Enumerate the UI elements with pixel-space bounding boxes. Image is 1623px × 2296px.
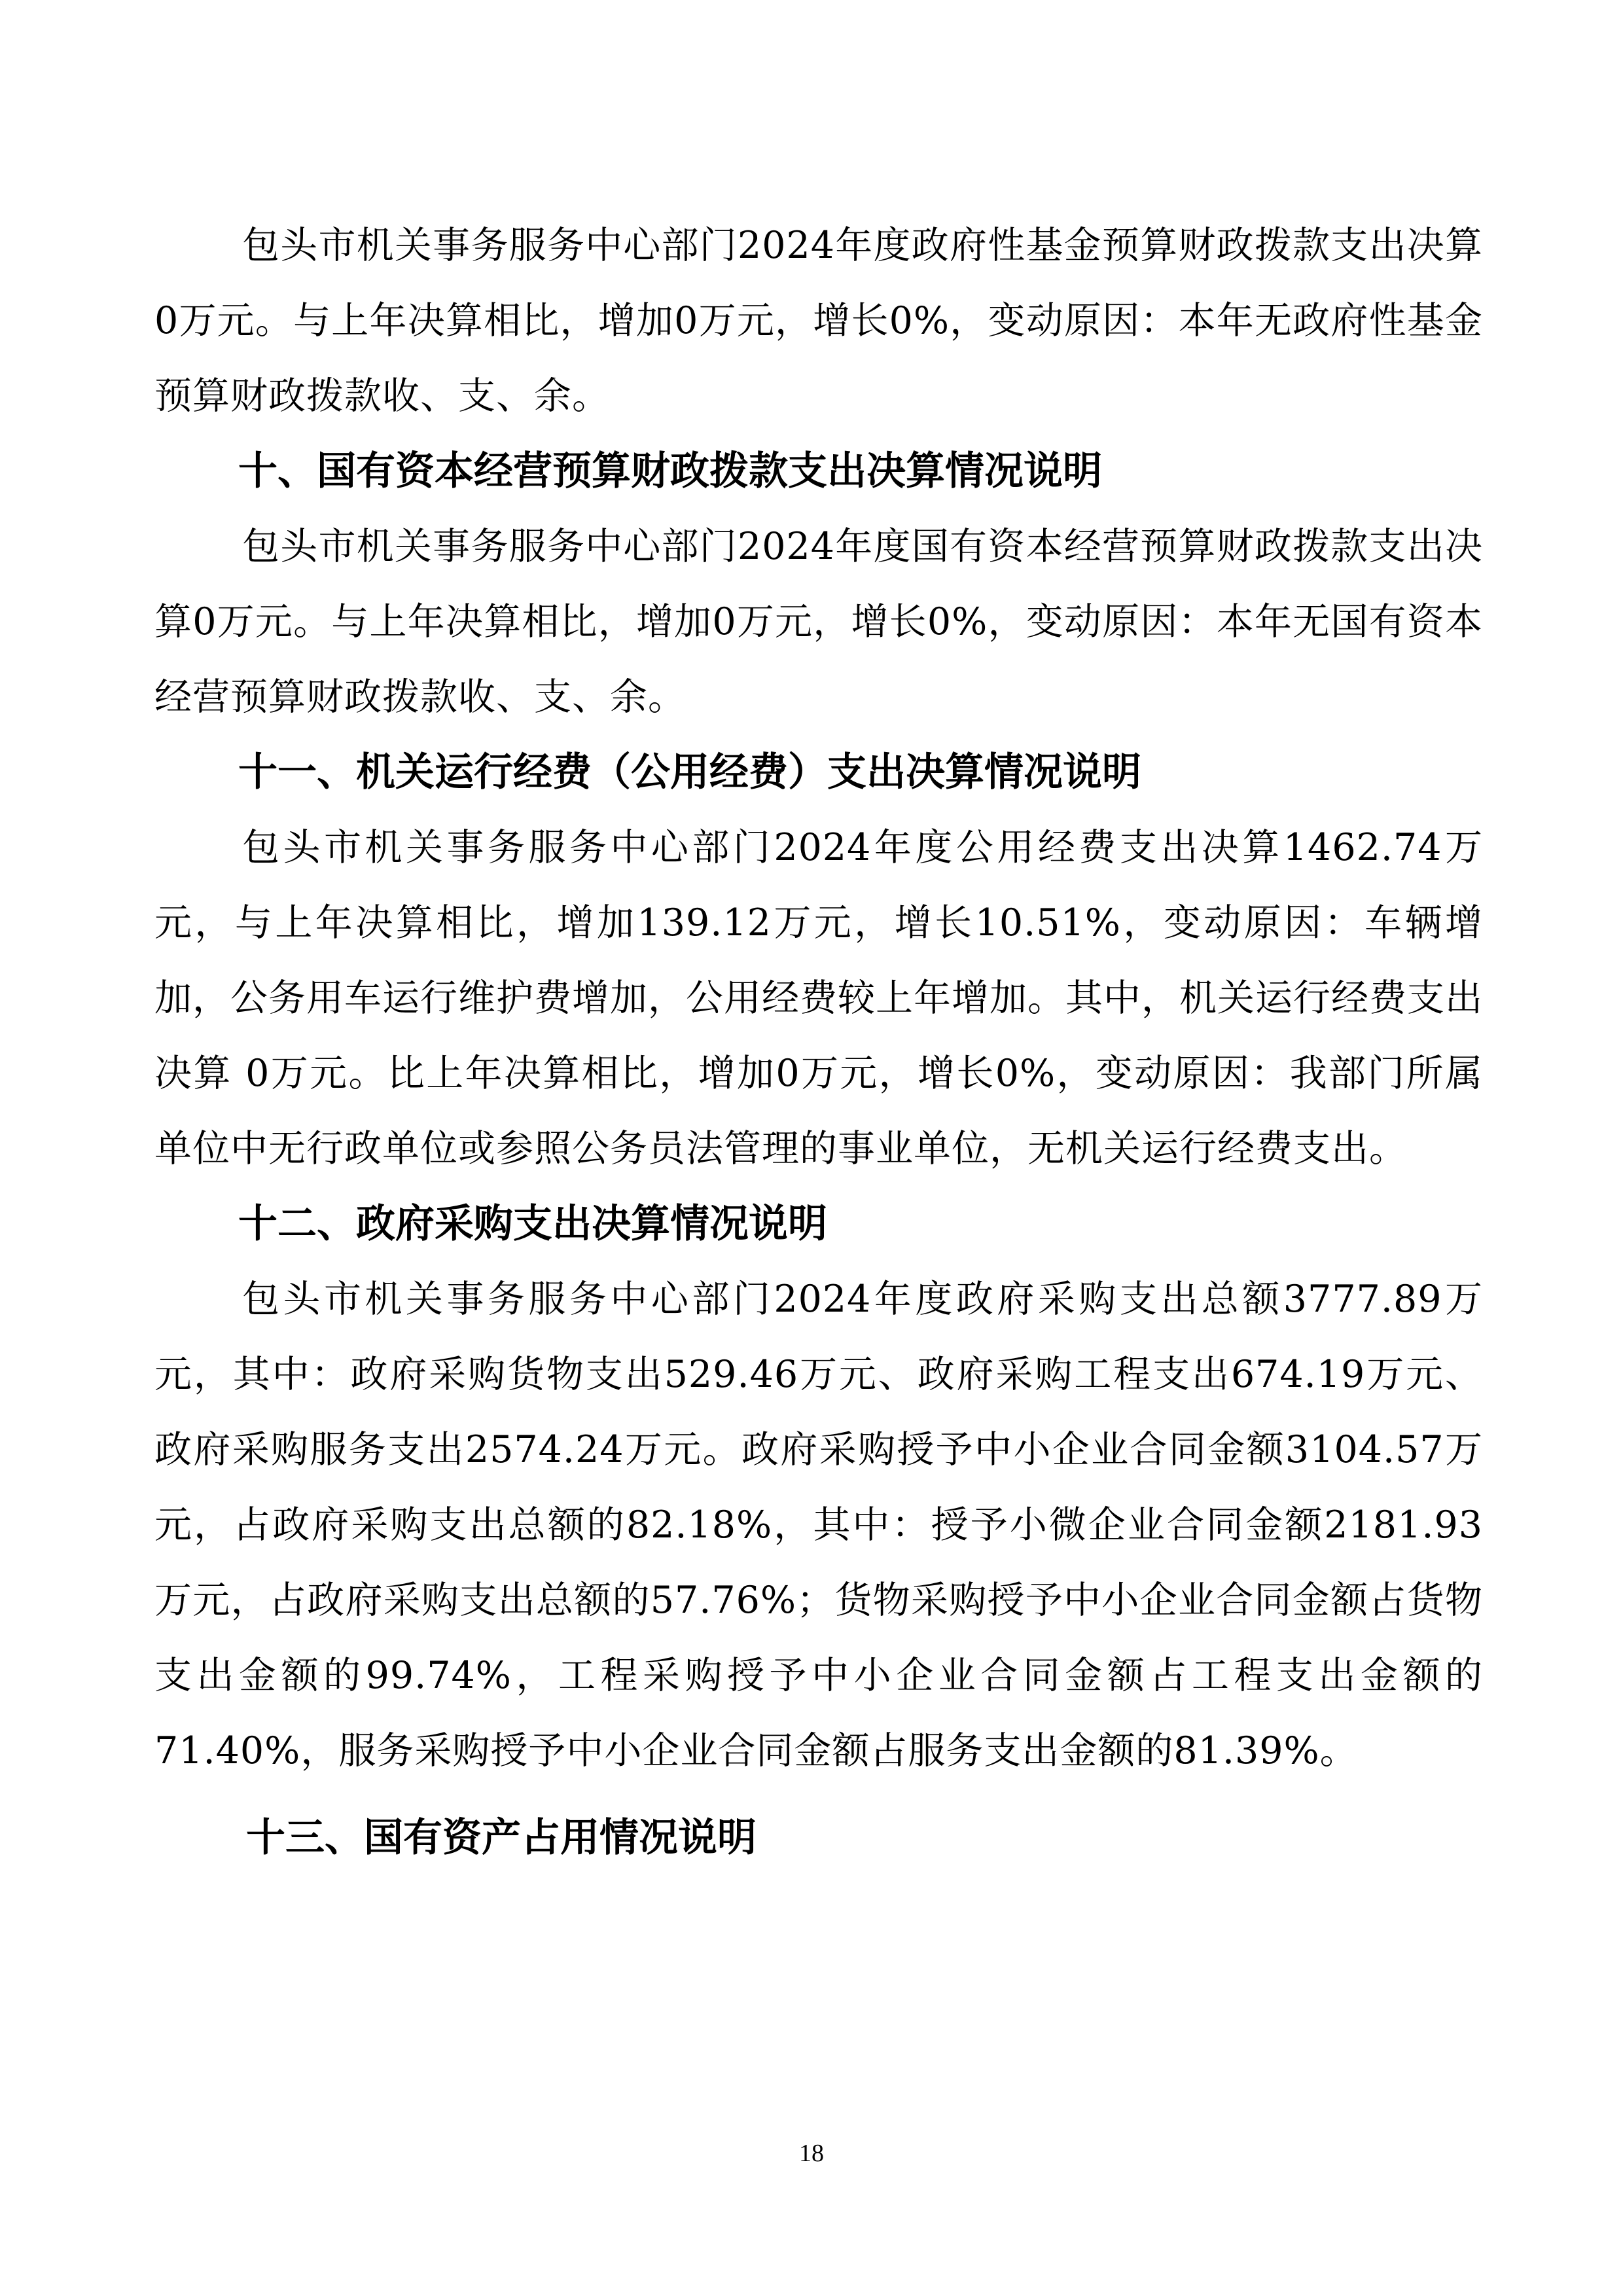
paragraph-public-expenses: 包头市机关事务服务中心部门2024年度公用经费支出决算1462.74万元，与上年… bbox=[154, 810, 1483, 1187]
section-heading-10: 十、国有资本经营预算财政拨款支出决算情况说明 bbox=[154, 434, 1483, 509]
page-number: 18 bbox=[0, 2137, 1623, 2170]
section-heading-11: 十一、机关运行经费（公用经费）支出决算情况说明 bbox=[154, 735, 1483, 810]
paragraph-government-procurement: 包头市机关事务服务中心部门2024年度政府采购支出总额3777.89万元，其中：… bbox=[154, 1262, 1483, 1789]
section-heading-13: 十三、国有资产占用情况说明 bbox=[154, 1801, 1483, 1876]
document-page: 包头市机关事务服务中心部门2024年度政府性基金预算财政拨款支出决算0万元。与上… bbox=[154, 208, 1483, 1876]
section-heading-12: 十二、政府采购支出决算情况说明 bbox=[154, 1187, 1483, 1262]
paragraph-government-fund-budget: 包头市机关事务服务中心部门2024年度政府性基金预算财政拨款支出决算0万元。与上… bbox=[154, 208, 1483, 434]
paragraph-state-capital-budget: 包头市机关事务服务中心部门2024年度国有资本经营预算财政拨款支出决算0万元。与… bbox=[154, 509, 1483, 735]
